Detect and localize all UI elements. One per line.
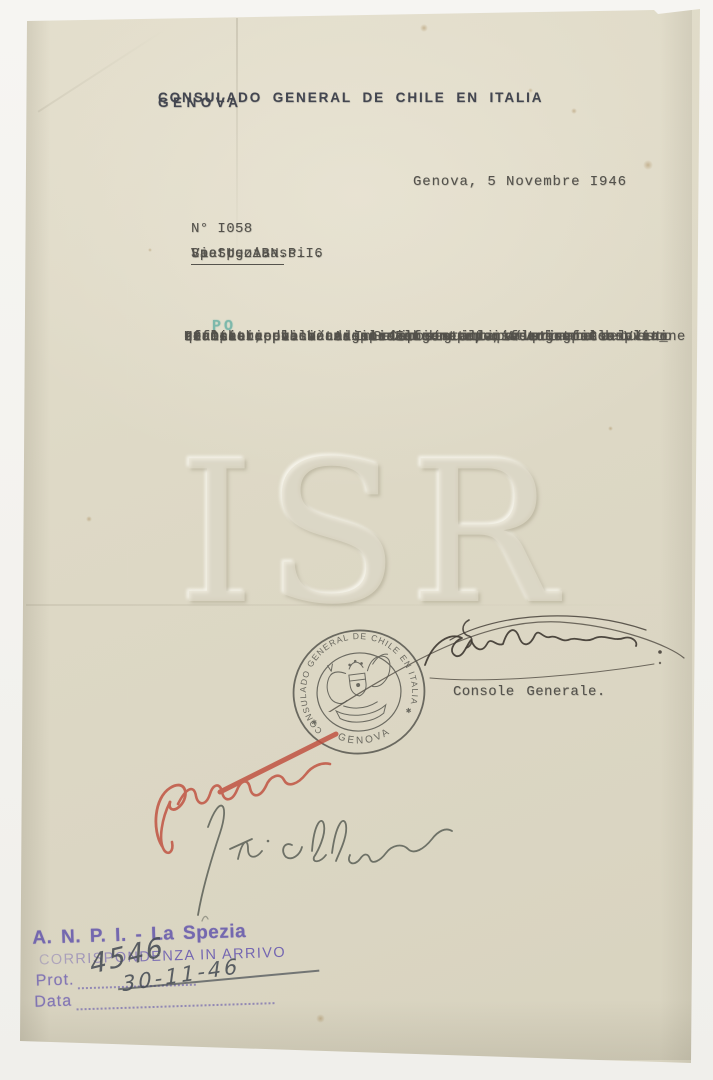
- foxing-spot: [420, 24, 428, 32]
- prot-label: Prot.: [35, 971, 74, 990]
- ink-speck: [315, 1054, 319, 1058]
- archive-watermark: ISR: [178, 436, 567, 632]
- letter-paper: ISR CONSULADO GENERAL DE CHILE EN ITALIA…: [0, 0, 713, 1080]
- arrival-stamp: A. N. P. I. - La Spezia CORRISPONDENZA I…: [24, 918, 337, 1028]
- seal-star-left: ✱: [311, 718, 318, 727]
- foxing-spot: [643, 160, 653, 170]
- dateline: Genova, 5 Novembre I946: [413, 174, 627, 190]
- red-pencil-scribble: [140, 718, 480, 868]
- letterhead-line2: GENOVA: [158, 95, 243, 110]
- grey-pencil-scribble: [180, 775, 470, 935]
- foxing-spot: [148, 248, 152, 252]
- foxing-spot: [86, 516, 92, 522]
- paper-edge-shading: [20, 10, 50, 1050]
- svg-text:GENOVA: GENOVA: [335, 725, 394, 750]
- foxing-spot: [571, 108, 577, 114]
- coat-of-arms-emblem: [324, 654, 397, 726]
- foxing-spot: [608, 426, 613, 431]
- protocol-number: N° I058: [191, 221, 253, 237]
- paper-edge-shading: [660, 8, 692, 1068]
- seal-bottom-text: GENOVA: [335, 725, 394, 750]
- seal-star-right: ✱: [405, 707, 412, 716]
- scanned-letter-page: ISR CONSULADO GENERAL DE CHILE EN ITALIA…: [0, 0, 713, 1080]
- body-line: Con distinti saluti.: [389, 329, 565, 358]
- recipient-city: La Spezia: [191, 247, 284, 265]
- signer-title: Console Generale.: [453, 684, 606, 700]
- paper-crease: [38, 29, 165, 112]
- data-label: Data: [34, 993, 72, 1012]
- data-dotted-line: [77, 1002, 275, 1010]
